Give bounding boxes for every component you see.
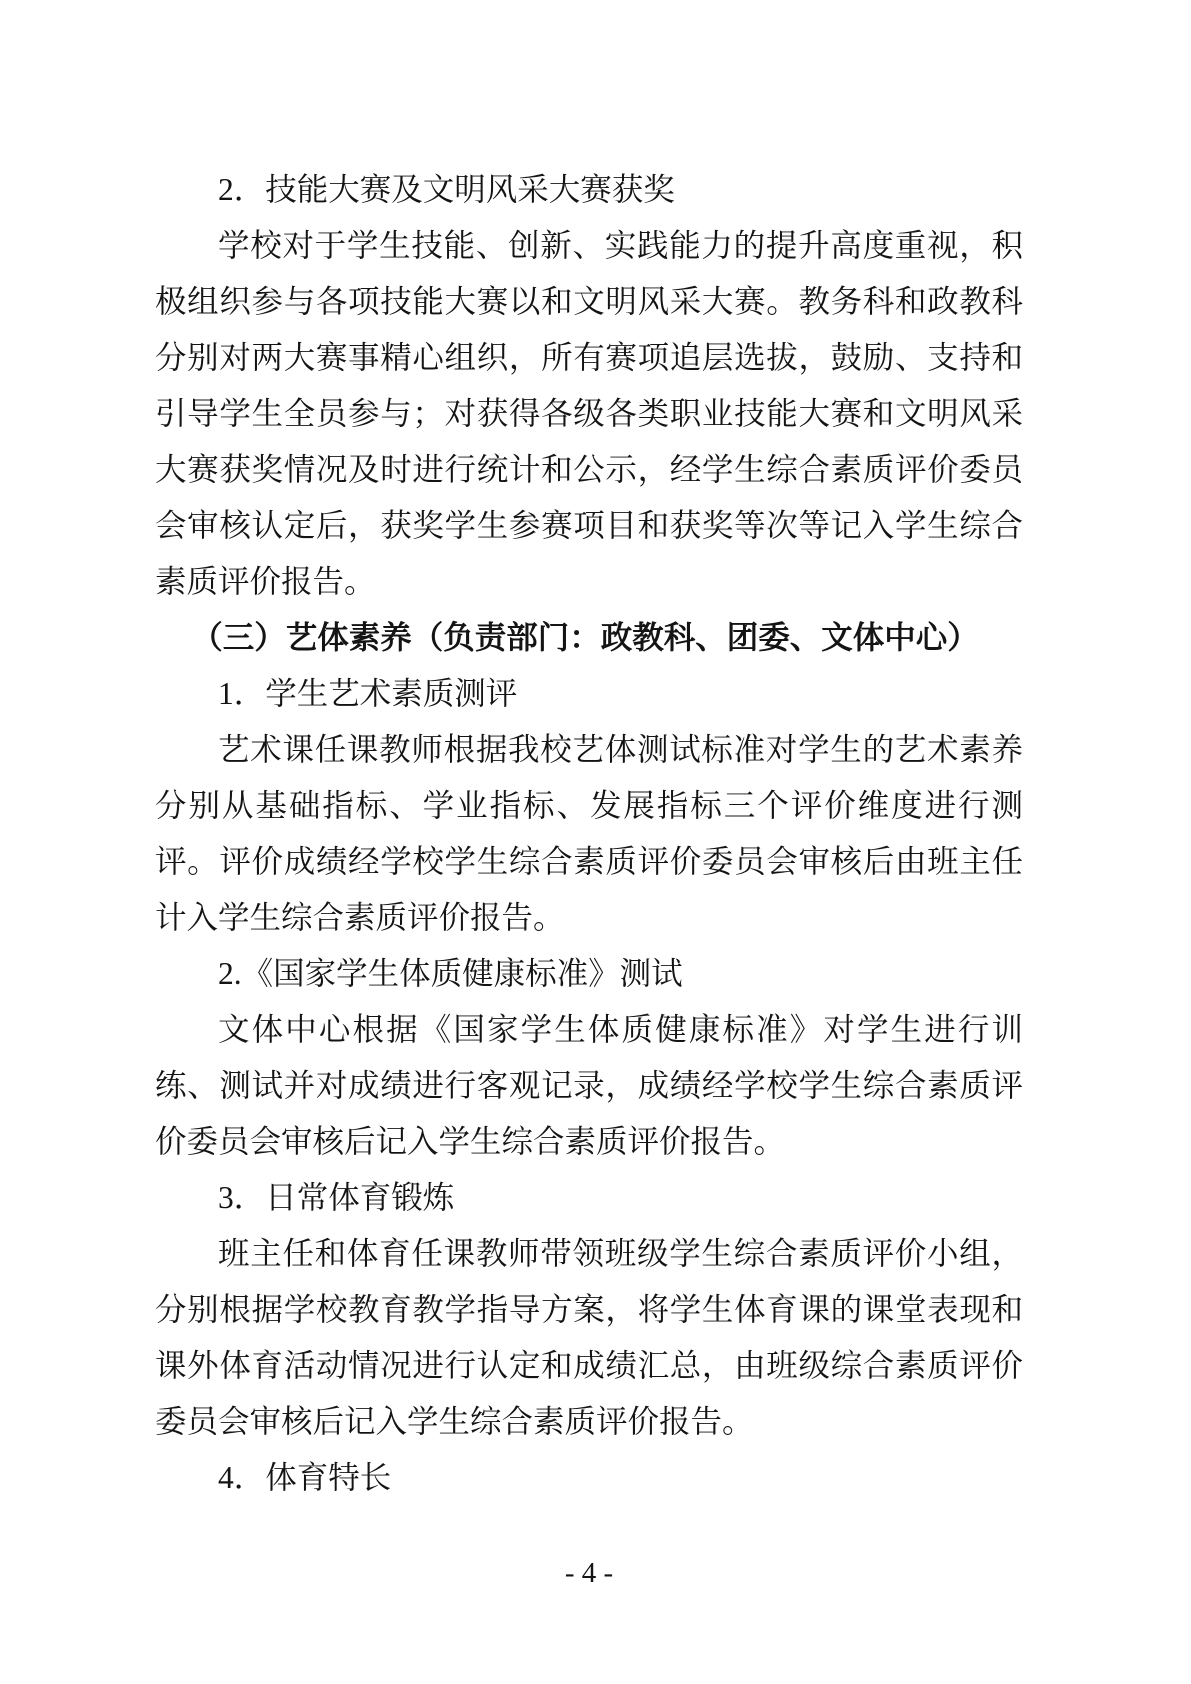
numbered-item: 1．学生艺术素质测评: [155, 666, 1023, 722]
section-heading: （三）艺体素养（负责部门：政教科、团委、文体中心）: [155, 610, 1023, 666]
numbered-item: 3．日常体育锻炼: [155, 1170, 1023, 1226]
numbered-item: 2．技能大赛及文明风采大赛获奖: [155, 162, 1023, 218]
body-paragraph: 文体中心根据《国家学生体质健康标准》对学生进行训练、测试并对成绩进行客观记录，成…: [155, 1002, 1023, 1170]
page-footer: - 4 -: [155, 1545, 1023, 1601]
body-paragraph: 学校对于学生技能、创新、实践能力的提升高度重视，积极组织参与各项技能大赛以和文明…: [155, 218, 1023, 610]
document-page: 2．技能大赛及文明风采大赛获奖学校对于学生技能、创新、实践能力的提升高度重视，积…: [0, 0, 1191, 1684]
page-number: - 4 -: [565, 1557, 613, 1589]
body-paragraph: 艺术课任课教师根据我校艺体测试标准对学生的艺术素养分别从基础指标、学业指标、发展…: [155, 722, 1023, 946]
body-paragraph: 班主任和体育任课教师带领班级学生综合素质评价小组，分别根据学校教育教学指导方案，…: [155, 1226, 1023, 1450]
numbered-item: 4．体育特长: [155, 1450, 1023, 1506]
numbered-item: 2.《国家学生体质健康标准》测试: [155, 946, 1023, 1002]
document-body: 2．技能大赛及文明风采大赛获奖学校对于学生技能、创新、实践能力的提升高度重视，积…: [155, 162, 1023, 1506]
